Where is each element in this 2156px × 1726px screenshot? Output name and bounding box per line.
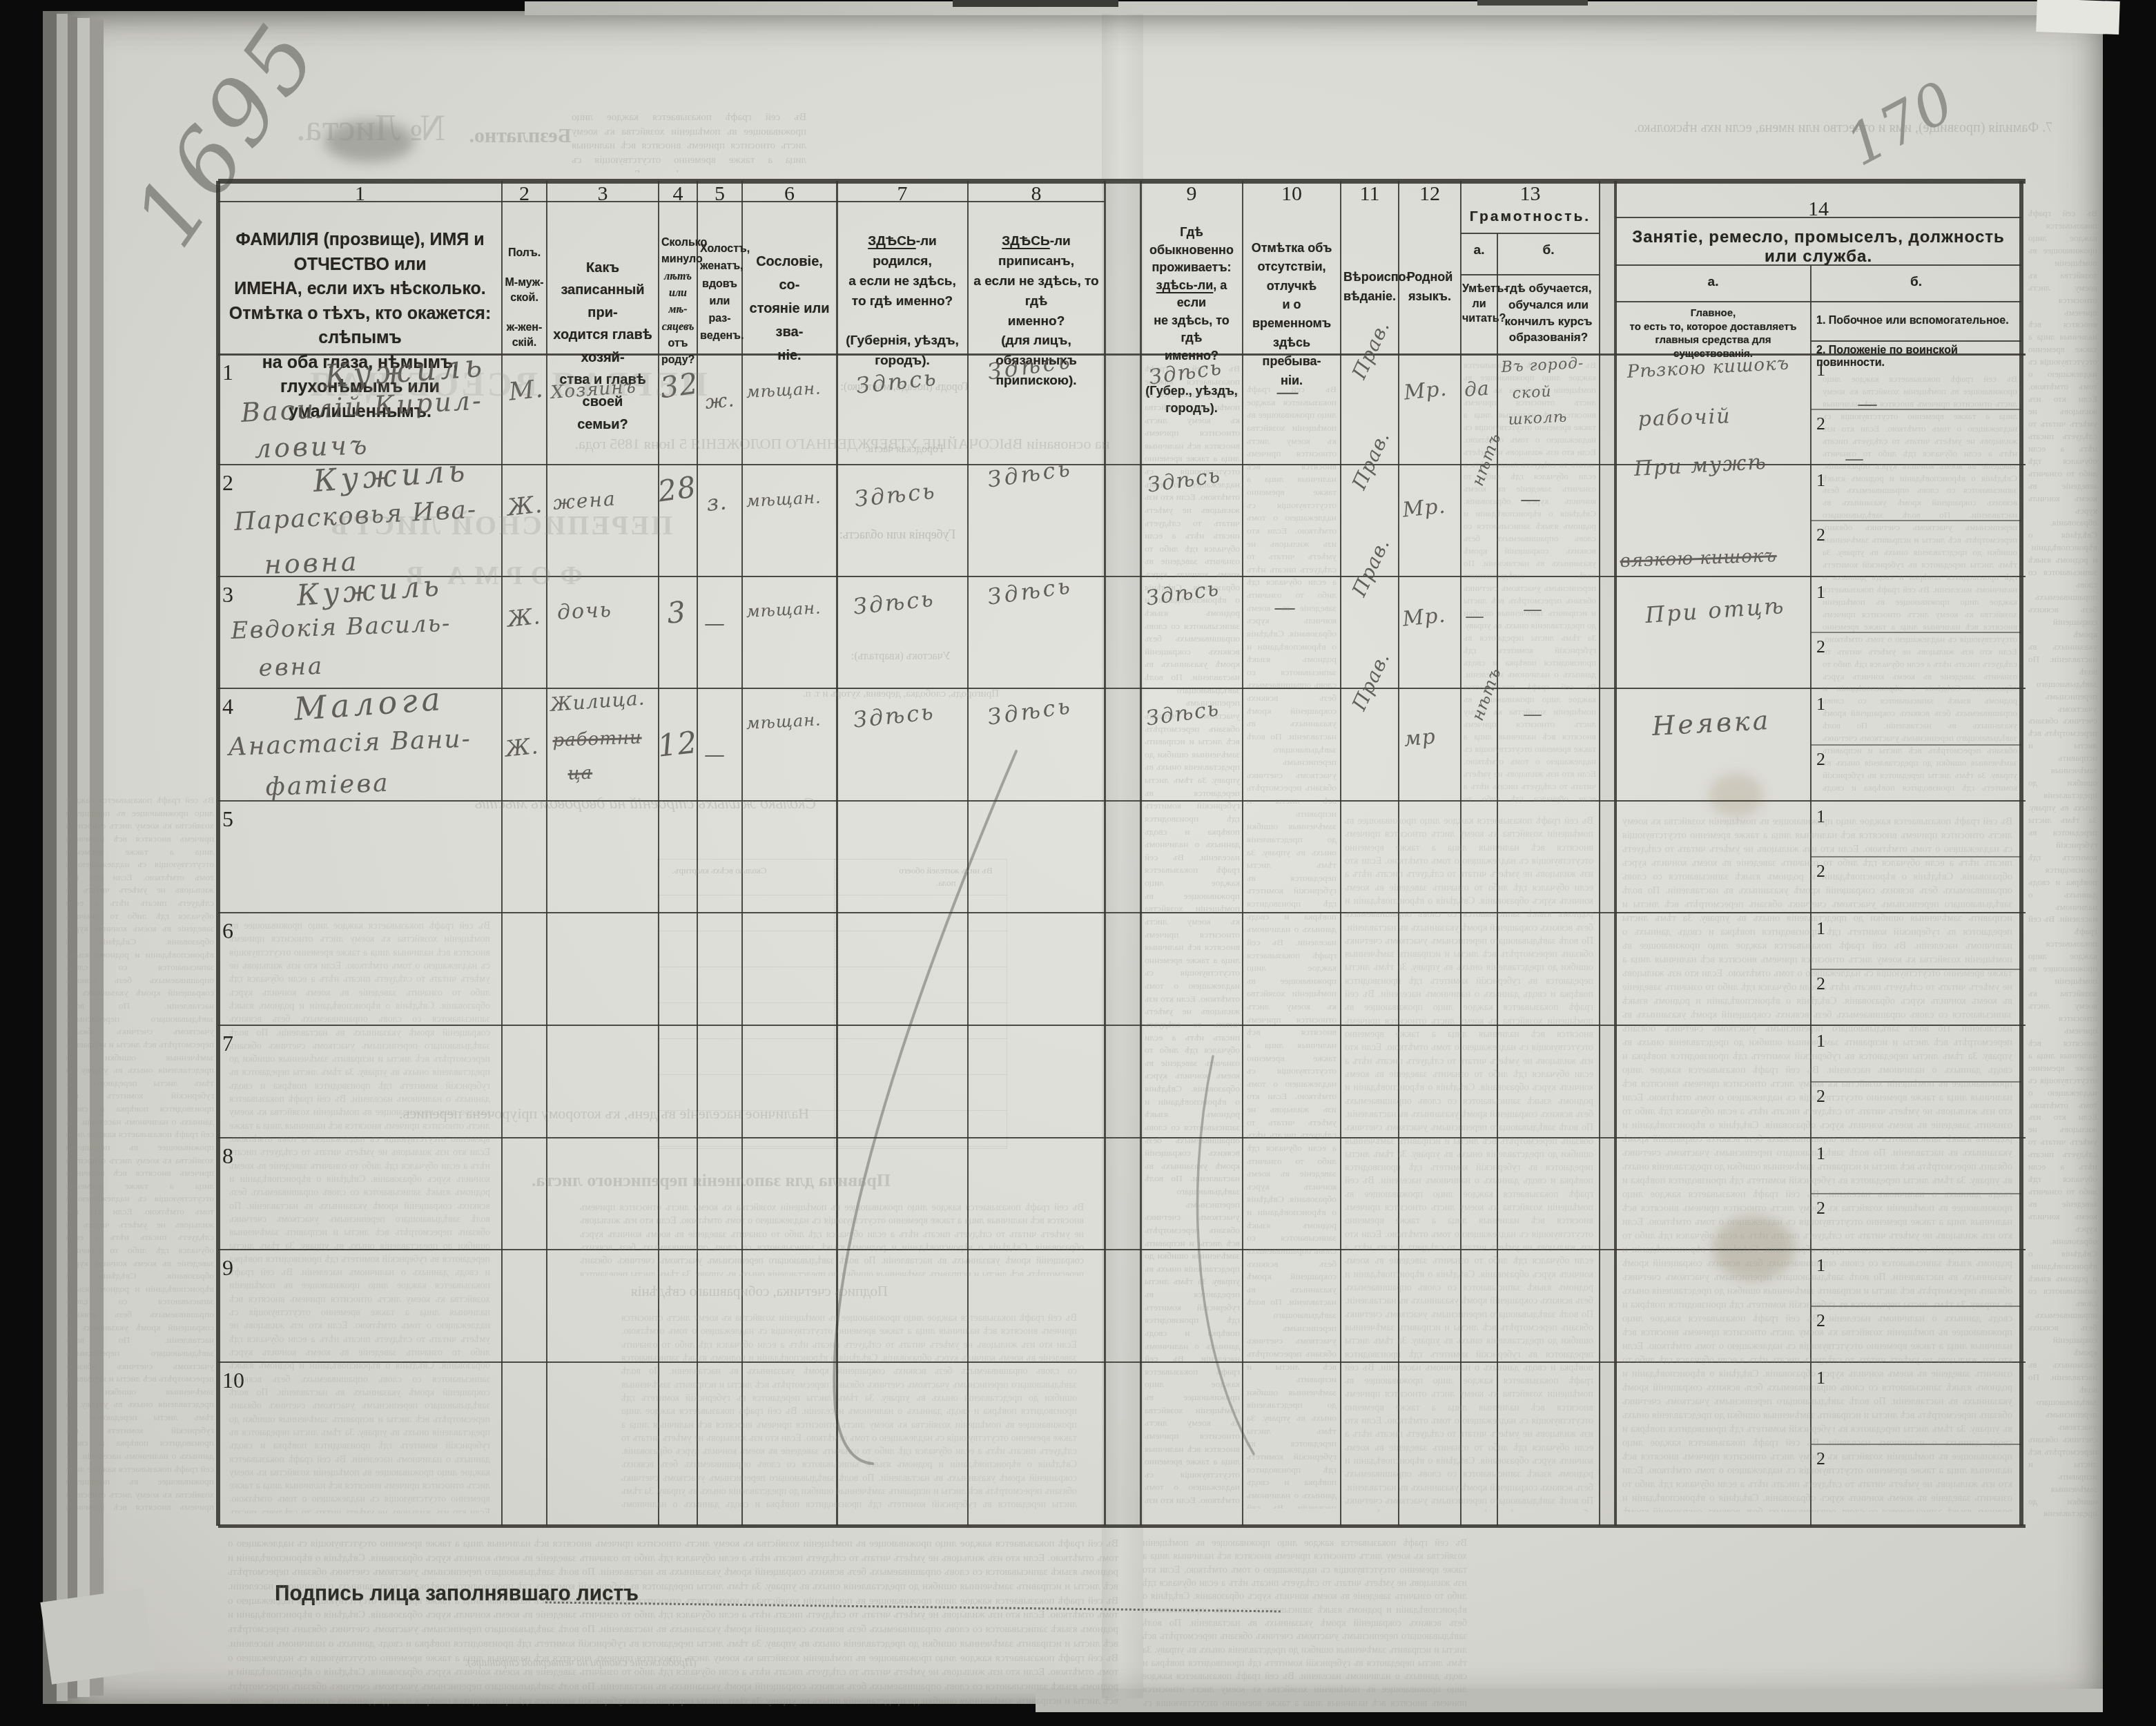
bleedthrough-text: Въ нихъ жителей обоего пола. [891, 864, 1001, 909]
column-header-line: кончилъ курсъ [1499, 313, 1598, 330]
italic-word: лѣтъ [664, 271, 692, 282]
bleedthrough-text: Въ сей графѣ показывается каждое лицо пр… [572, 110, 806, 173]
column-number: 5 [697, 182, 742, 206]
table-line [1615, 301, 2021, 302]
column-header: Какъ записанный при-ходится главѣ хозяй-… [550, 257, 656, 436]
bleedthrough-text: Въ сей графѣ показывается каждое лицо пр… [66, 794, 214, 1512]
census-scan-page: 1695 170 Подпись лица заполнявшаго листъ… [0, 0, 2156, 1726]
bleedthrough-text: Въ сей графѣ показывается каждое лицо пр… [1823, 373, 2017, 794]
column-number: 1 [218, 182, 502, 206]
column-header: Сколькоминулолѣтъили мѣ-сяцевъотъ роду? [661, 235, 695, 369]
column-header-line: именно? [971, 312, 1102, 332]
column-header-line: Главное, [1618, 307, 1808, 320]
underlying-page-dark-mark [953, 0, 1118, 7]
bleedthrough-text: Пригородъ, слободка, деревня, хуторъ и т… [749, 687, 1053, 712]
bleedthrough-text: Въ сей графѣ показывается каждое лицо пр… [1622, 815, 2012, 1512]
column-header-line: читать? [1462, 311, 1496, 327]
column-header: Холостъ,женатъ,вдовъили раз-веденъ. [700, 240, 739, 345]
column-number: 7 [837, 182, 968, 206]
italic-word: или мѣ- [669, 287, 688, 316]
column-header-line: или раз- [700, 293, 739, 328]
handwritten-entry: — [704, 743, 726, 767]
column-header-line: веденъ. [700, 327, 739, 345]
column-number: 3 [547, 182, 659, 206]
handwritten-entry: 12 [656, 725, 699, 764]
bleedthrough-text: ФОРМА В [373, 558, 608, 594]
column-header-line: Холостъ, [700, 240, 739, 258]
literacy-sub-a-label: а. [1461, 243, 1497, 258]
handwritten-entry: ловичъ [254, 429, 370, 464]
column-header-line: здѣсь-ли, а если [1143, 277, 1240, 312]
bleedthrough-text: Губернія или область: [804, 526, 991, 568]
occupation-sub-b-label: б. [1811, 275, 2021, 290]
column-header-line: а если не здѣсь, [839, 272, 965, 292]
row-number: 4 [222, 694, 257, 719]
column-header-line: не здѣсь, то гдѣ [1143, 312, 1240, 347]
bleedthrough-text: Въ сей графѣ показывается каждое лицо пр… [621, 1312, 1077, 1512]
handwritten-entry: Мр. [1401, 603, 1447, 631]
column-number: 12 [1399, 182, 1461, 206]
column-header-line: стояніе или зва- [745, 297, 834, 344]
handwritten-entry: Ж. [504, 733, 540, 762]
column-number: 10 [1243, 182, 1341, 206]
bleedthrough-text: Въ сей графѣ показывается каждое лицо пр… [1464, 359, 1596, 808]
table-line [1340, 181, 1341, 1526]
column-header-line: и о временномъ [1245, 295, 1338, 333]
column-header-line: обучался или [1499, 297, 1598, 313]
column-number: 6 [742, 182, 837, 206]
occupation-sub-a: Главное,то есть то, которое доставляетъг… [1618, 307, 1808, 360]
bleedthrough-text: Участокъ (кварталъ): [815, 649, 987, 671]
handwritten-entry: 3 [666, 595, 688, 630]
column-header-line: минуло [661, 251, 695, 268]
column-number: 11 [1341, 182, 1399, 206]
underlined-word: ЗДѢСЬ [868, 234, 915, 249]
column-header-line: ИМЕНА, если ихъ нѣсколько. [221, 277, 499, 302]
bleedthrough-text: Сколько всѣхъ квартиръ. [664, 864, 775, 909]
column-header-line: Родной [1401, 268, 1458, 287]
handwritten-entry: дочь [556, 598, 613, 625]
column-header-line: ли [1462, 297, 1496, 312]
column-header-line: Гдѣ обыкновенно [1143, 224, 1240, 259]
column-header-line: Полъ. [505, 246, 544, 261]
column-header-line: проживаетъ: [1143, 259, 1240, 277]
literacy-title: Грамотность. [1461, 209, 1600, 225]
handwritten-entry: Неявка [1651, 705, 1771, 741]
column-header-line: вдовъ [700, 275, 739, 293]
handwritten-entry: Ж. [506, 603, 542, 632]
underlined-word: здѣсь-ли [1156, 278, 1214, 292]
row-number: 2 [222, 470, 257, 496]
column-header-line: женатъ, [700, 258, 739, 275]
column-number: 8 [968, 182, 1105, 206]
stain [1709, 773, 1764, 817]
handwritten-entry: мѣщан. [746, 598, 822, 621]
bleedthrough-text: Въ сей графѣ показывается каждое лицо пр… [1143, 1537, 1467, 1706]
literacy-sub-a: Умѣетъ-личитать? [1462, 282, 1496, 327]
column-header-line: ЗДѢСЬ-ли родился, [839, 232, 965, 272]
column-header: Отмѣтка объотсутствіи, отлучкѣи о времен… [1245, 239, 1338, 390]
literacy-sub-b-label: б. [1497, 243, 1600, 258]
column-header-line: ЗДѢСЬ-ли приписанъ, [971, 232, 1102, 272]
occupation-sub-a-label: а. [1615, 275, 1811, 290]
bleedthrough-text: Въ сей графѣ показывается каждое лицо пр… [1247, 383, 1337, 1509]
column-header-line: а если не здѣсь, то гдѣ [971, 272, 1102, 312]
occupation-title: Занятіе, ремесло, промыселъ, должность и… [1615, 228, 2021, 266]
column-header-line: сяцевъ [661, 319, 695, 336]
occupation-sub-b1: 1. Побочное или вспомогательное. [1816, 315, 2016, 327]
bleedthrough-text: Въ сей графѣ показывается каждое лицо пр… [2028, 207, 2097, 1519]
column-header-line [839, 312, 965, 332]
column-header-line: Умѣетъ- [1462, 282, 1496, 297]
column-header-line: М-муж- [505, 275, 544, 291]
handwritten-entry: з. [706, 488, 728, 516]
handwritten-entry: Мр. [1403, 376, 1448, 405]
bleedthrough-text: Городская часть: [825, 442, 984, 464]
italic-word: сяцевъ [662, 321, 695, 333]
handwritten-entry: 28 [656, 469, 699, 508]
column-header-line: то гдѣ именно? [839, 292, 965, 312]
column-header-line: ской. [505, 291, 544, 306]
underlined-word: ЗДѢСЬ [1002, 234, 1049, 249]
column-header-line: Сколько [661, 235, 695, 251]
literacy-sub-b: гдѣ обучается,обучался иликончилъ курсъо… [1499, 280, 1598, 346]
bleedthrough-text: Въ сей графѣ показывается каждое лицо пр… [1145, 362, 1240, 1509]
bleedthrough-text: Подпись счетчика, собиравшаго свѣдѣнія [576, 1281, 942, 1305]
column-header-line: отсутствіи, отлучкѣ [1245, 258, 1338, 295]
column-header-line: Отмѣтка объ [1245, 239, 1338, 258]
row-number: 5 [222, 806, 257, 832]
handwritten-entry: мѣщан. [746, 487, 822, 511]
column-header: Сословіе, со-стояніе или зва-ніе. [745, 250, 834, 367]
column-number: 4 [659, 182, 697, 206]
underlying-page-dark-mark [1477, 0, 1588, 6]
column-header-line: Какъ записанный при- [550, 257, 656, 324]
bleedthrough-text: ПЕРВАЯ ВСЕОБЩАЯ ПЕРЕПИСЬ [235, 360, 780, 406]
column-header-line: лѣтъ [661, 269, 695, 285]
column-number: 14 [1615, 197, 2021, 221]
column-header-line: вѣданіе. [1343, 287, 1396, 307]
column-header-line: то есть то, которое доставляетъ [1618, 320, 1808, 334]
handwritten-entry: мр [1403, 724, 1437, 752]
bleedthrough-text: Правила для заполненія переписного листа… [521, 1168, 901, 1196]
bleedthrough-text: Сколько жилыхъ строеній на дворовомъ мѣс… [407, 793, 884, 817]
column-header-line: (Губернія, уѣздъ, городъ). [839, 331, 965, 371]
bleedthrough-text: 7. Фамилія (прозвище), имя и отчество ил… [1622, 119, 2064, 163]
column-header-line: здѣсь пребыва- [1245, 333, 1338, 371]
bleedthrough-text: Городъ (посадъ, мѣстечко): [815, 380, 994, 421]
row-number: 3 [222, 582, 257, 608]
column-header-line: Сословіе, со- [745, 250, 834, 297]
gap-strip [1600, 181, 1615, 1526]
column-header-line: образованія? [1499, 329, 1598, 346]
column-header-line: гдѣ обучается, [1499, 280, 1598, 297]
column-header-line: ФАМИЛІЯ (прозвище), ИМЯ и ОТЧЕСТВО или [221, 228, 499, 277]
handwritten-entry: фатіева [265, 769, 390, 802]
handwritten-entry: — [704, 612, 726, 636]
handwritten-entry: рабочій [1638, 404, 1731, 431]
bleedthrough-text: Въ сей графѣ показывается каждое лицо пр… [1345, 815, 1593, 1512]
column-header-line: или мѣ- [661, 285, 695, 319]
table-line [1242, 181, 1243, 1526]
occupation-sub-b2: 2. Положеніе по воинской повинности. [1816, 345, 2016, 369]
handwritten-entry: мѣщан. [746, 710, 822, 733]
column-header-line [505, 261, 544, 276]
column-header-line [505, 305, 544, 320]
column-header-line: скій. [505, 336, 544, 351]
column-header: Роднойязыкъ. [1401, 268, 1458, 307]
column-number: 13 [1461, 182, 1600, 206]
table-line [216, 181, 220, 1526]
handwritten-entry: Мр. [1401, 494, 1447, 522]
column-header-line: ж-жен- [505, 320, 544, 336]
table-line [1811, 340, 2021, 342]
column-header-line: языкъ. [1401, 287, 1458, 307]
column-header: ЗДѢСЬ-ли родился,а если не здѣсь,то гдѣ … [839, 232, 965, 371]
table-line [1461, 233, 1600, 234]
column-header-line: Вѣроиспо- [1343, 268, 1396, 287]
column-header-line: Отмѣтка о тѣхъ, кто окажется: слѣпымъ [221, 302, 499, 351]
bleedthrough-text: Въ сей графѣ показывается каждое лицо пр… [580, 1201, 1084, 1276]
handwritten-entry: ца [567, 763, 593, 784]
handwritten-entry: евна [258, 652, 324, 682]
column-header: Полъ.М-муж-ской.ж-жен-скій. [505, 246, 544, 350]
table-line [1461, 274, 1600, 275]
bleedthrough-text: Въ сей графѣ показывается каждое лицо пр… [228, 1537, 1118, 1706]
column-number: 2 [502, 182, 547, 206]
column-number: 9 [1140, 182, 1243, 206]
column-header: Вѣроиспо-вѣданіе. [1343, 268, 1396, 307]
column-header-line: семьи? [550, 414, 656, 436]
bleedthrough-text: ПЕРЕПИСНОЙ ЛИСТЪ [324, 506, 677, 542]
bleedthrough-text: Въ сей графѣ показывается каждое лицо пр… [229, 920, 490, 1513]
table-line [2019, 181, 2023, 1526]
handwritten-entry: работни [552, 727, 642, 750]
fold-gap-strip [1105, 181, 1140, 1526]
